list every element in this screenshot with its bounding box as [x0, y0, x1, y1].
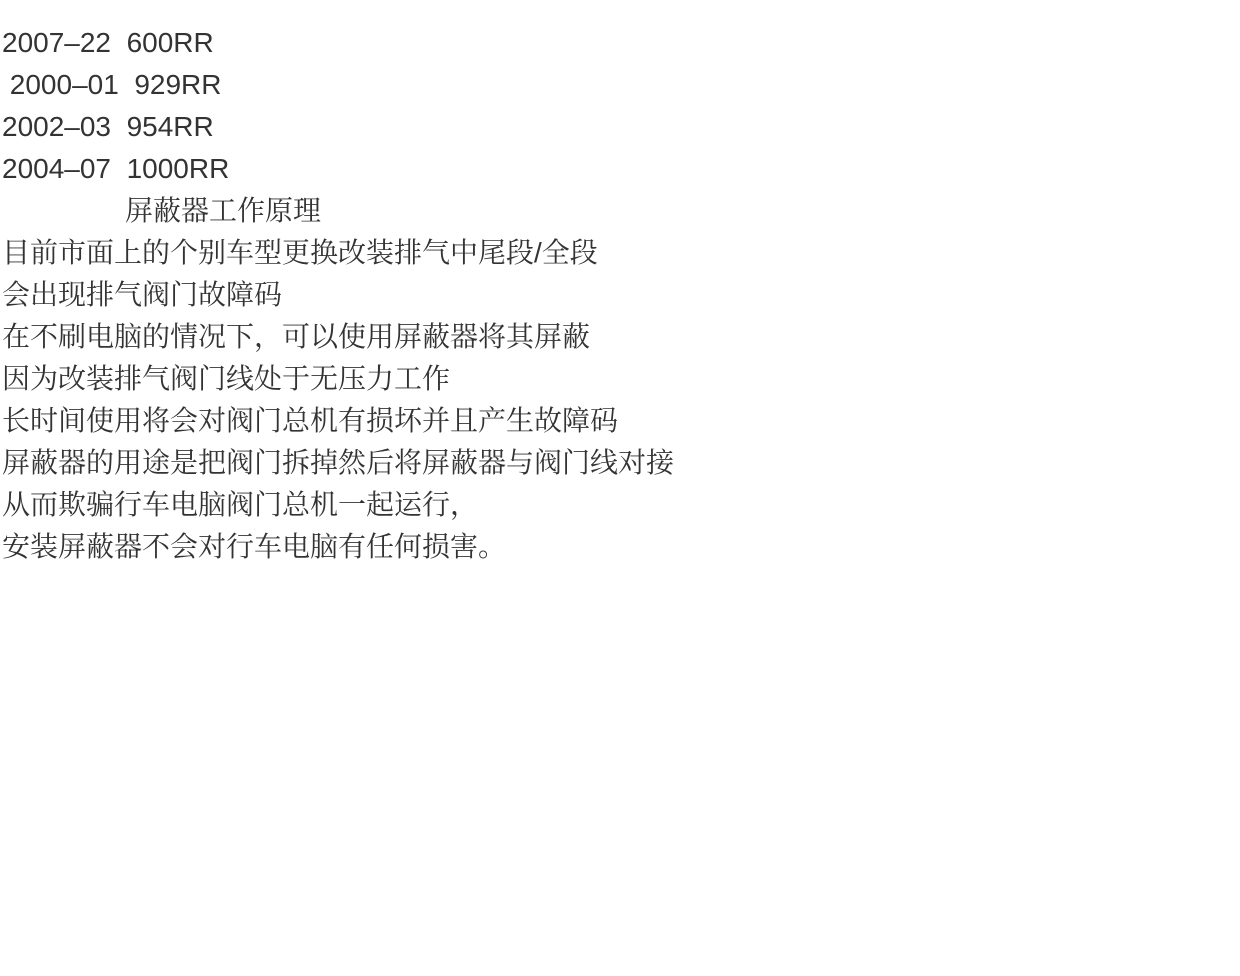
- body-line: 会出现排气阀门故障码: [2, 274, 1240, 316]
- section-title: 屏蔽器工作原理: [2, 190, 1240, 232]
- body-line: 因为改装排气阀门线处于无压力工作: [2, 358, 1240, 400]
- body-line: 安装屏蔽器不会对行车电脑有任何损害。: [2, 526, 1240, 568]
- document-page: 2007–22 600RR 2000–01 929RR 2002–03 954R…: [0, 0, 1240, 568]
- body-line: 从而欺骗行车电脑阀门总机一起运行，: [2, 484, 1240, 526]
- model-year-line: 2002–03 954RR: [2, 106, 1240, 148]
- model-year-line: 2000–01 929RR: [2, 64, 1240, 106]
- body-line: 长时间使用将会对阀门总机有损坏并且产生故障码: [2, 400, 1240, 442]
- model-year-line: 2004–07 1000RR: [2, 148, 1240, 190]
- body-line: 在不刷电脑的情况下，可以使用屏蔽器将其屏蔽: [2, 316, 1240, 358]
- model-year-line: 2007–22 600RR: [2, 22, 1240, 64]
- body-line: 目前市面上的个别车型更换改装排气中尾段/全段: [2, 232, 1240, 274]
- body-line: 屏蔽器的用途是把阀门拆掉然后将屏蔽器与阀门线对接: [2, 442, 1240, 484]
